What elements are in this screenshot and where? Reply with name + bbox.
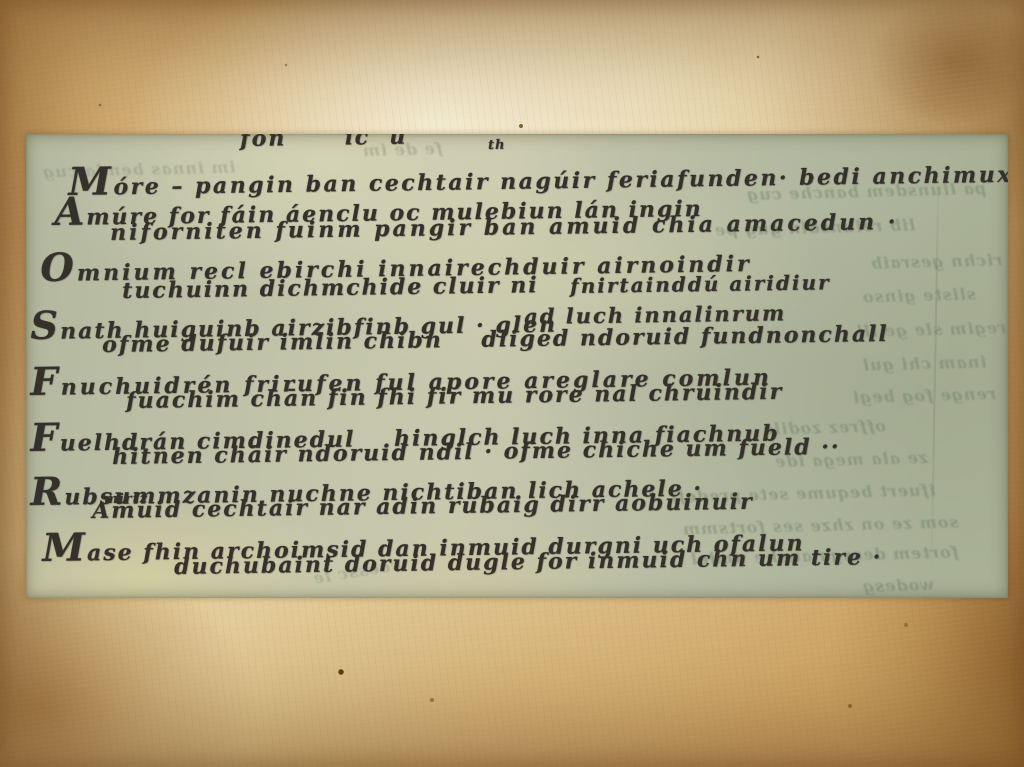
show-through-text: wodesg [862,575,934,596]
manuscript-photo: pa liunsdem banche cug lib relunsdin gug… [26,134,1008,598]
show-through-text: sliste ginso [862,285,976,307]
show-through-text: inam chi gul [862,352,987,374]
show-through-text: renge fog begi [852,384,997,407]
show-through-text: richn gesraib [870,250,1003,272]
manuscript-interlinear: th [488,138,506,153]
manuscript-line: fnirtainddú airidiur [570,270,831,298]
slide-background: pa liunsdem banche cug lib relunsdin gug… [0,0,1024,767]
